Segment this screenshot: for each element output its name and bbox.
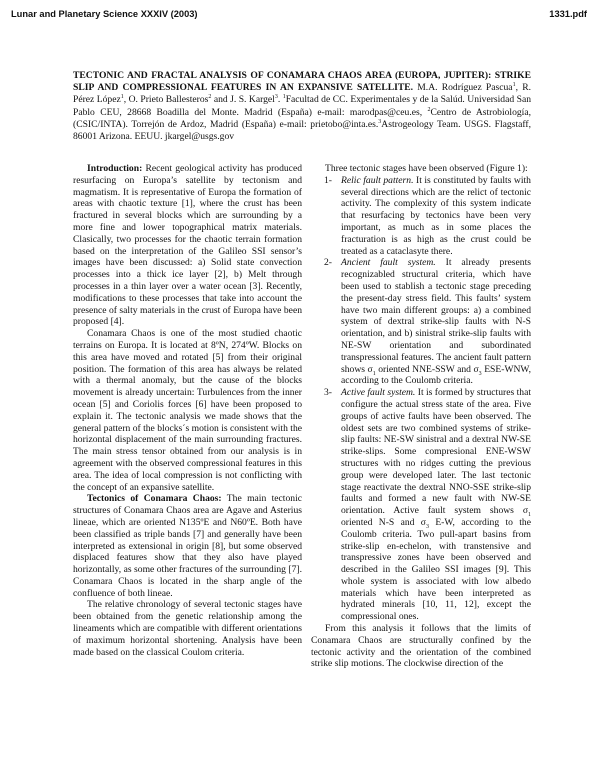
introduction-heading: Introduction: — [87, 163, 142, 174]
stage-title: Active fault system. — [341, 387, 415, 398]
chronology-paragraph: The relative chronology of several tecto… — [73, 599, 302, 658]
author-3: O. Prieto Ballesteros2 and — [129, 94, 228, 105]
tectonics-paragraph: Tectonics of Conamara Chaos: The main te… — [73, 493, 302, 599]
author-4: J. S. Kargel3. — [230, 94, 280, 105]
tectonics-heading: Tectonics of Conamara Chaos: — [87, 493, 222, 504]
running-head: Lunar and Planetary Science XXXIV (2003)… — [11, 9, 587, 19]
conamara-location-paragraph: Conamara Chaos is one of the most studie… — [73, 328, 302, 493]
stage-number: 2- — [311, 257, 341, 387]
stage-number: 1- — [311, 175, 341, 258]
right-column: Three tectonic stages have been observed… — [311, 163, 531, 670]
introduction-paragraph: Introduction: Recent geological activity… — [73, 163, 302, 328]
stage-item-1: 1- Relic fault pattern. It is constitute… — [311, 175, 531, 258]
journal-name: Lunar and Planetary Science XXXIV (2003) — [11, 9, 198, 19]
author-1: M.A. Rodríguez Pascua1, — [417, 82, 518, 93]
stage-item-2: 2- Ancient fault system. It already pres… — [311, 257, 531, 387]
left-column: Introduction: Recent geological activity… — [73, 163, 302, 658]
stage-title: Ancient fault system. — [341, 257, 436, 268]
document-id: 1331.pdf — [549, 9, 587, 19]
stage-title: Relic fault pattern. — [341, 175, 413, 186]
stages-intro: Three tectonic stages have been observed… — [311, 163, 531, 175]
stage-item-3: 3- Active fault system. It is formed by … — [311, 387, 531, 623]
title-block: TECTONIC AND FRACTAL ANALYSIS OF CONAMAR… — [73, 70, 531, 143]
conclusion-paragraph: From this analysis it follows that the l… — [311, 623, 531, 670]
stage-number: 3- — [311, 387, 341, 623]
